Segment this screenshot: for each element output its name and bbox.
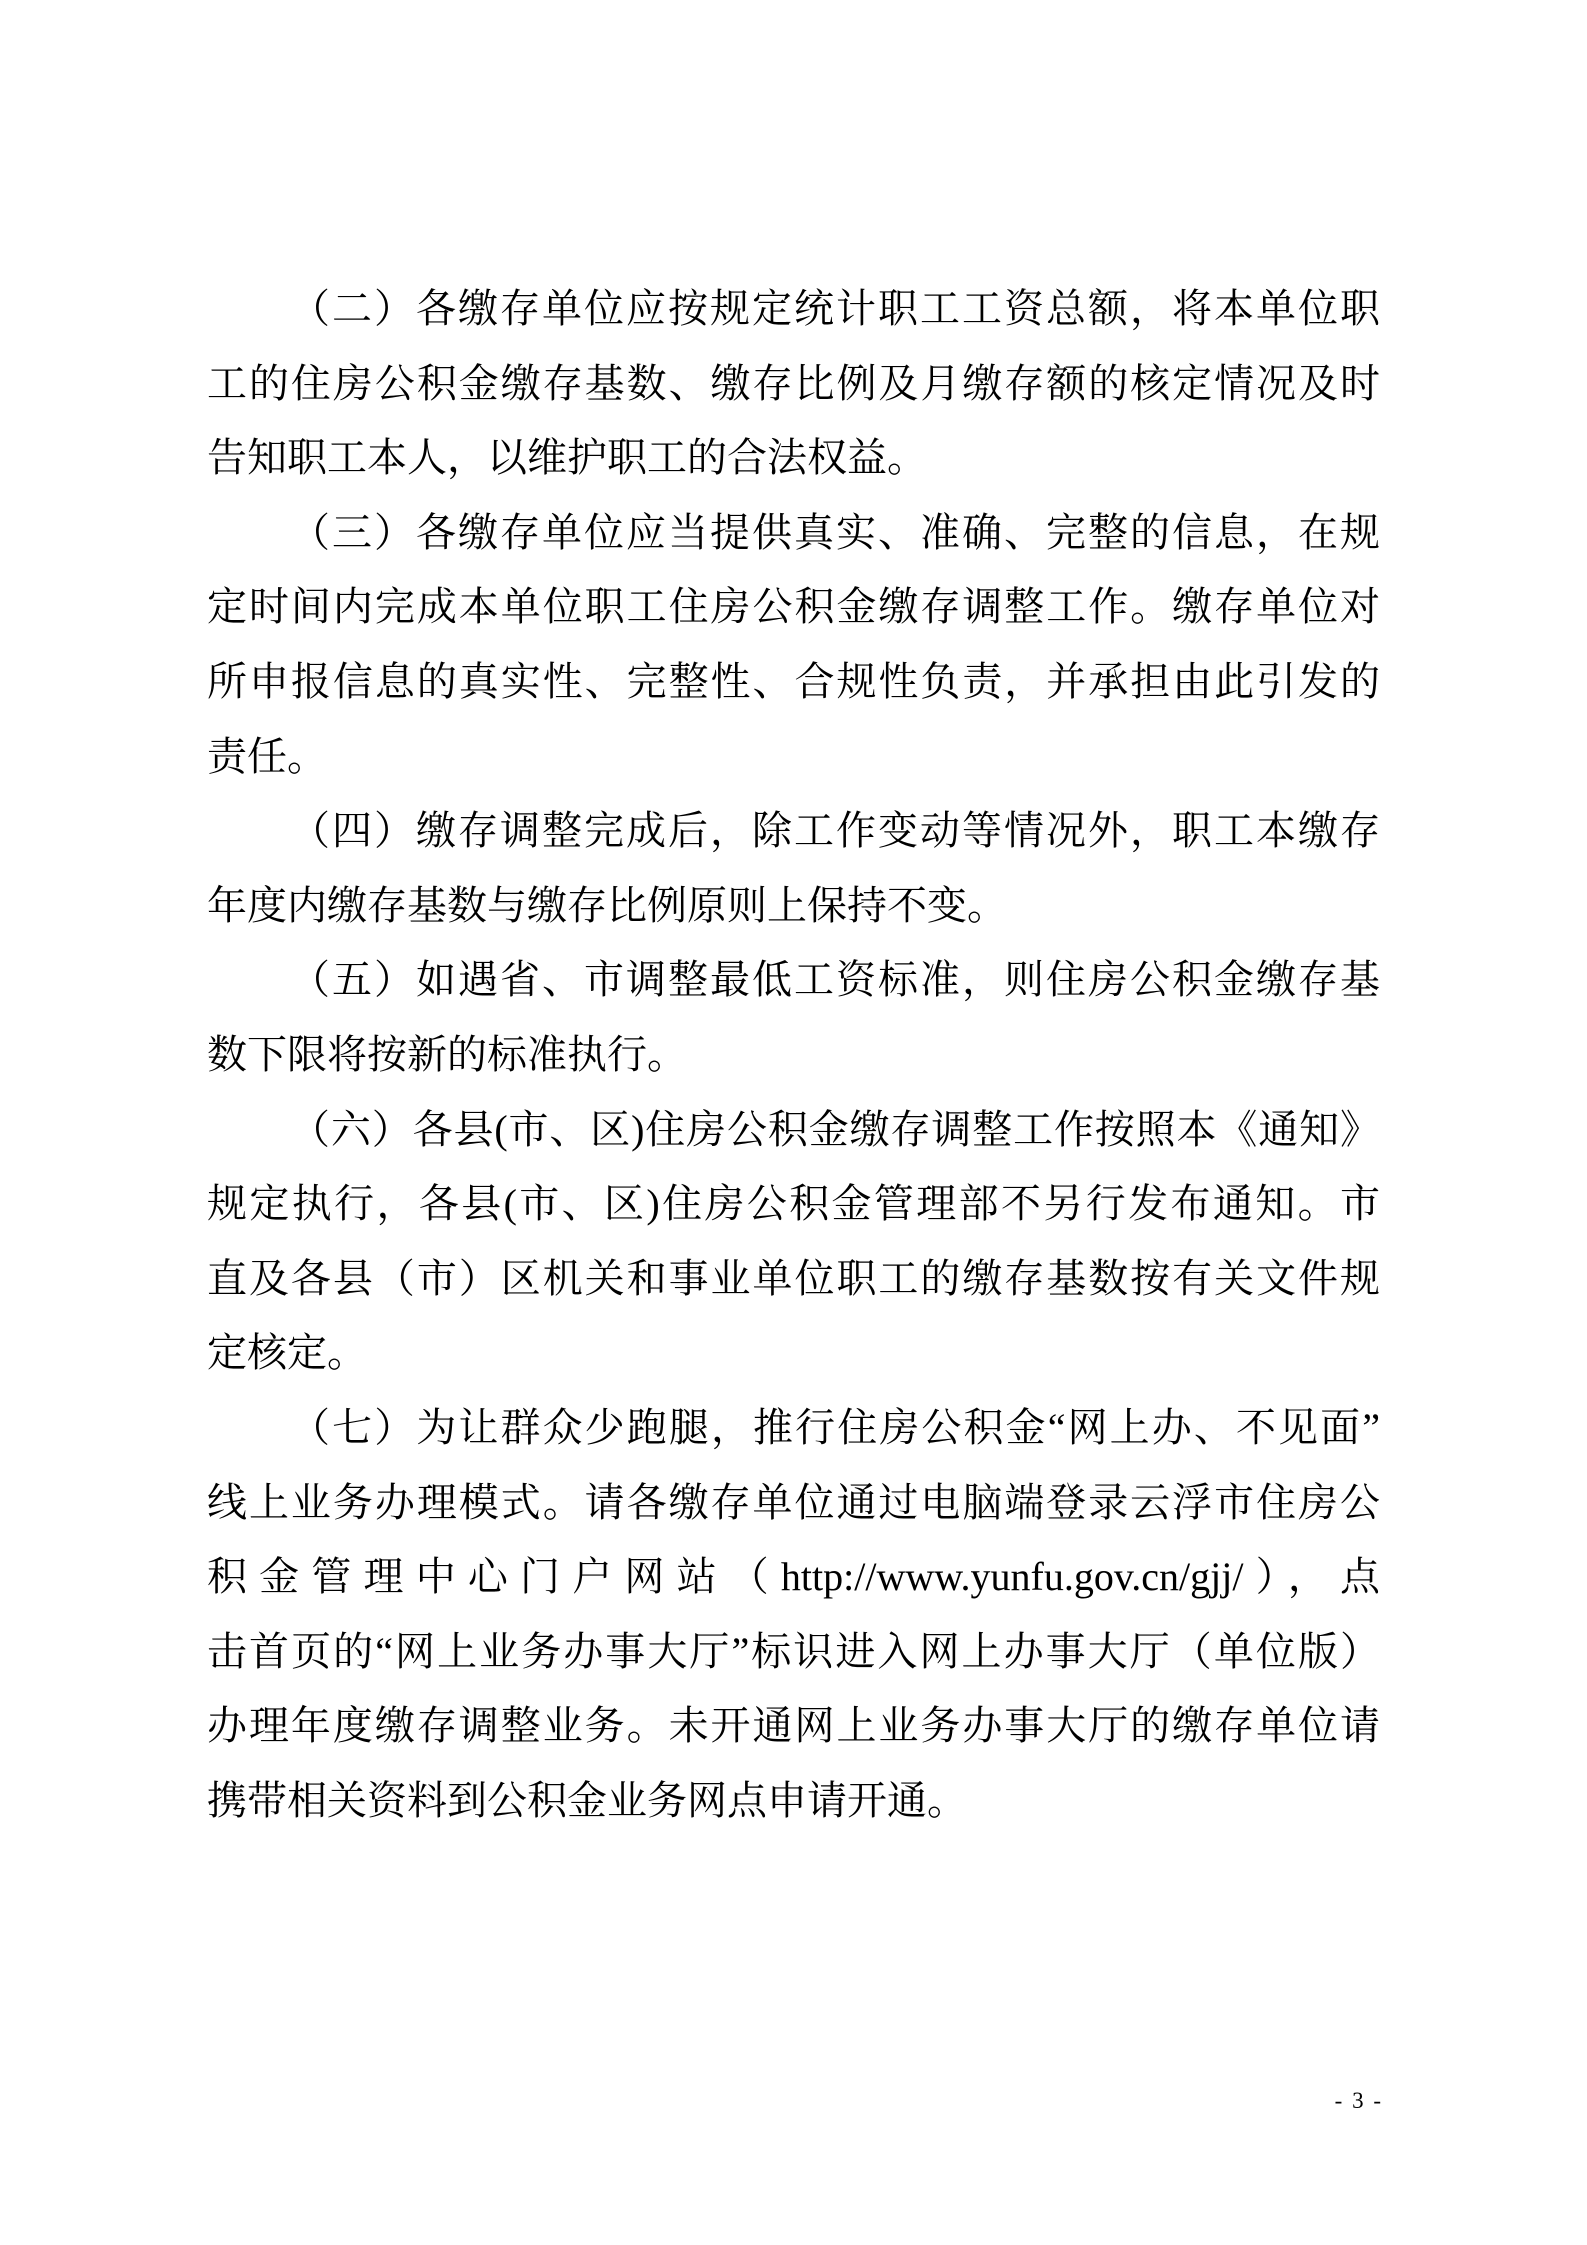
text-line: 告知职工本人，以维护职工的合法权益。 [207,421,1380,496]
paragraph-item-7: （七）为让群众少跑腿，推行住房公积金“网上办、不见面”线上业务办理模式。请各缴存… [207,1391,1380,1839]
document-page: （二）各缴存单位应按规定统计职工工资总额，将本单位职工的住房公积金缴存基数、缴存… [0,0,1587,2245]
text-line: （五）如遇省、市调整最低工资标准，则住房公积金缴存基 [207,943,1380,1018]
text-line: （二）各缴存单位应按规定统计职工工资总额，将本单位职 [207,272,1380,347]
text-line: 工的住房公积金缴存基数、缴存比例及月缴存额的核定情况及时 [207,347,1380,422]
paragraph-item-2: （二）各缴存单位应按规定统计职工工资总额，将本单位职工的住房公积金缴存基数、缴存… [207,272,1380,496]
paragraph-item-5: （五）如遇省、市调整最低工资标准，则住房公积金缴存基数下限将按新的标准执行。 [207,943,1380,1092]
text-line: 积金管理中心门户网站（http://www.yunfu.gov.cn/gjj/）… [207,1540,1380,1615]
paragraph-item-3: （三）各缴存单位应当提供真实、准确、完整的信息，在规定时间内完成本单位职工住房公… [207,496,1380,794]
text-line: 所申报信息的真实性、完整性、合规性负责，并承担由此引发的 [207,645,1380,720]
text-line: 直及各县（市）区机关和事业单位职工的缴存基数按有关文件规 [207,1242,1380,1317]
text-line: 线上业务办理模式。请各缴存单位通过电脑端登录云浮市住房公 [207,1466,1380,1541]
text-line: 办理年度缴存调整业务。未开通网上业务办事大厅的缴存单位请 [207,1689,1380,1764]
paragraph-item-4: （四）缴存调整完成后，除工作变动等情况外，职工本缴存年度内缴存基数与缴存比例原则… [207,794,1380,943]
text-line: 击首页的“网上业务办事大厅”标识进入网上办事大厅（单位版） [207,1615,1380,1690]
text-line: （四）缴存调整完成后，除工作变动等情况外，职工本缴存 [207,794,1380,869]
paragraph-item-6: （六）各县(市、区)住房公积金缴存调整工作按照本《通知》规定执行，各县(市、区)… [207,1093,1380,1391]
text-line: 定时间内完成本单位职工住房公积金缴存调整工作。缴存单位对 [207,570,1380,645]
text-line: 责任。 [207,720,1380,795]
document-body: （二）各缴存单位应按规定统计职工工资总额，将本单位职工的住房公积金缴存基数、缴存… [207,272,1380,1838]
page-number: - 3 - [1335,2088,1383,2114]
text-line: 规定执行，各县(市、区)住房公积金管理部不另行发布通知。市 [207,1167,1380,1242]
text-line: 携带相关资料到公积金业务网点申请开通。 [207,1764,1380,1839]
text-line: （七）为让群众少跑腿，推行住房公积金“网上办、不见面” [207,1391,1380,1466]
text-line: 定核定。 [207,1316,1380,1391]
text-line: （三）各缴存单位应当提供真实、准确、完整的信息，在规 [207,496,1380,571]
text-line: 数下限将按新的标准执行。 [207,1018,1380,1093]
text-line: （六）各县(市、区)住房公积金缴存调整工作按照本《通知》 [207,1093,1380,1168]
text-line: 年度内缴存基数与缴存比例原则上保持不变。 [207,869,1380,944]
